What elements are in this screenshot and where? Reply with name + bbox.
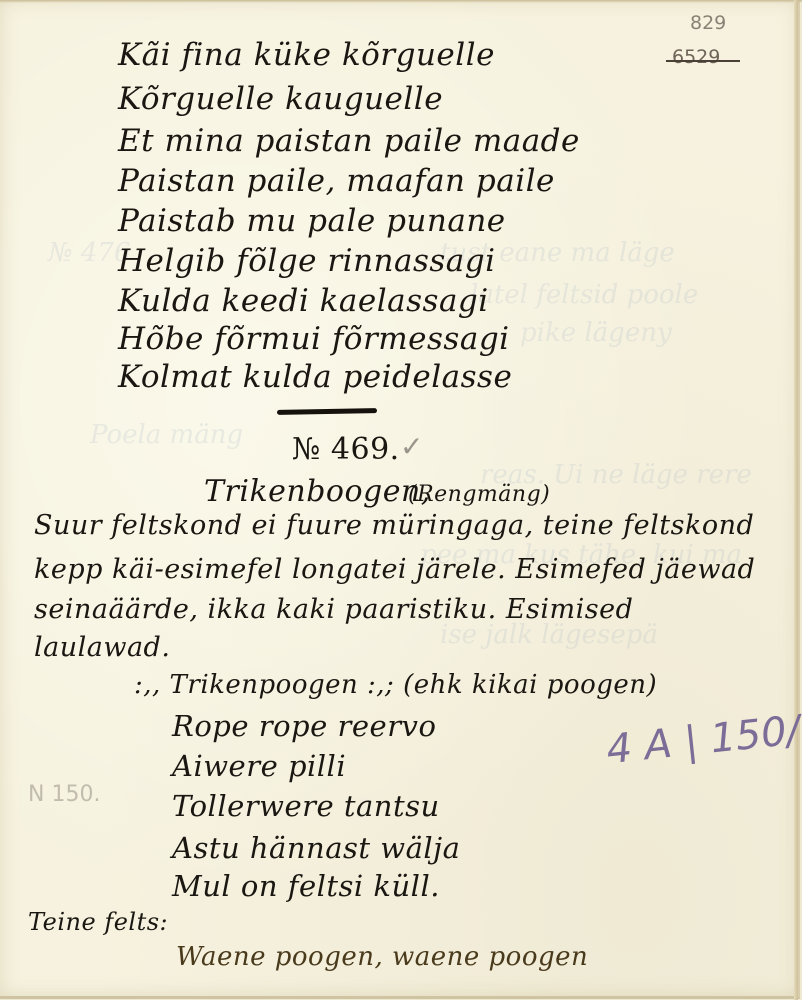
verse-line: Kõrguelle kauguelle xyxy=(118,84,443,115)
description-line: seinaäärde, ikka kaki paaristiku. Esimis… xyxy=(34,596,633,623)
archive-page-number: 829 xyxy=(690,12,726,34)
page-right-edge xyxy=(794,0,798,1000)
verse-line: Kulda keedi kaelassagi xyxy=(118,286,489,317)
song-title-note: (Rengmäng) xyxy=(408,482,550,507)
bleed-through-text: pike lägeny xyxy=(520,318,672,348)
song-number: № 469. xyxy=(292,432,400,467)
page-top-edge xyxy=(0,0,802,3)
lyric-line: Aiwere pilli xyxy=(172,752,346,781)
lyric-line: Mul on feltsi küll. xyxy=(172,872,440,901)
verse-line: Kolmat kulda peidelasse xyxy=(118,362,512,393)
verse-line: Helgib fõlge rinnassagi xyxy=(118,246,496,277)
description-line: laulawad. xyxy=(34,634,170,661)
pencil-margin-note: N 150. xyxy=(28,782,100,807)
crossed-out-page-number: 6529 xyxy=(672,46,720,68)
verse-line: Kãi fina küke kõrguelle xyxy=(118,40,495,71)
verse-line: Hõbe fõrmui fõrmessagi xyxy=(118,324,510,355)
description-line: kepp käi-esimefel longatei järele. Esime… xyxy=(34,556,755,583)
section-divider xyxy=(277,408,377,415)
verse-line: Et mina paistan paile maade xyxy=(118,126,580,157)
lyric-line: Astu hännast wälja xyxy=(172,834,460,863)
bleed-through-text: latel feltsid poole xyxy=(470,280,698,310)
bleed-through-text: Poela mäng xyxy=(90,420,243,450)
check-mark-icon: ✓ xyxy=(400,430,423,463)
lyric-line: Rope rope reervo xyxy=(172,712,436,741)
manuscript-page: № 476 tust eane ma läge latel feltsid po… xyxy=(0,0,800,999)
verse-line: Paistab mu pale punane xyxy=(118,206,506,237)
song-title: Trikenboogen, xyxy=(204,474,431,509)
violet-archive-annotation: 4 A | 150/6 xyxy=(604,705,802,774)
lyric-line: Tollerwere tantsu xyxy=(172,792,440,821)
strike-through-line xyxy=(666,60,740,62)
second-group-label: Teine felts: xyxy=(28,908,168,936)
second-group-line: Waene poogen, waene poogen xyxy=(176,942,588,972)
verse-line: Paistan paile, maafan paile xyxy=(118,166,555,197)
lyric-line: :,, Trikenpoogen :,; (ehk kikai poogen) xyxy=(134,672,657,698)
description-line: Suur feltskond ei fuure müringaga, teine… xyxy=(34,512,754,539)
